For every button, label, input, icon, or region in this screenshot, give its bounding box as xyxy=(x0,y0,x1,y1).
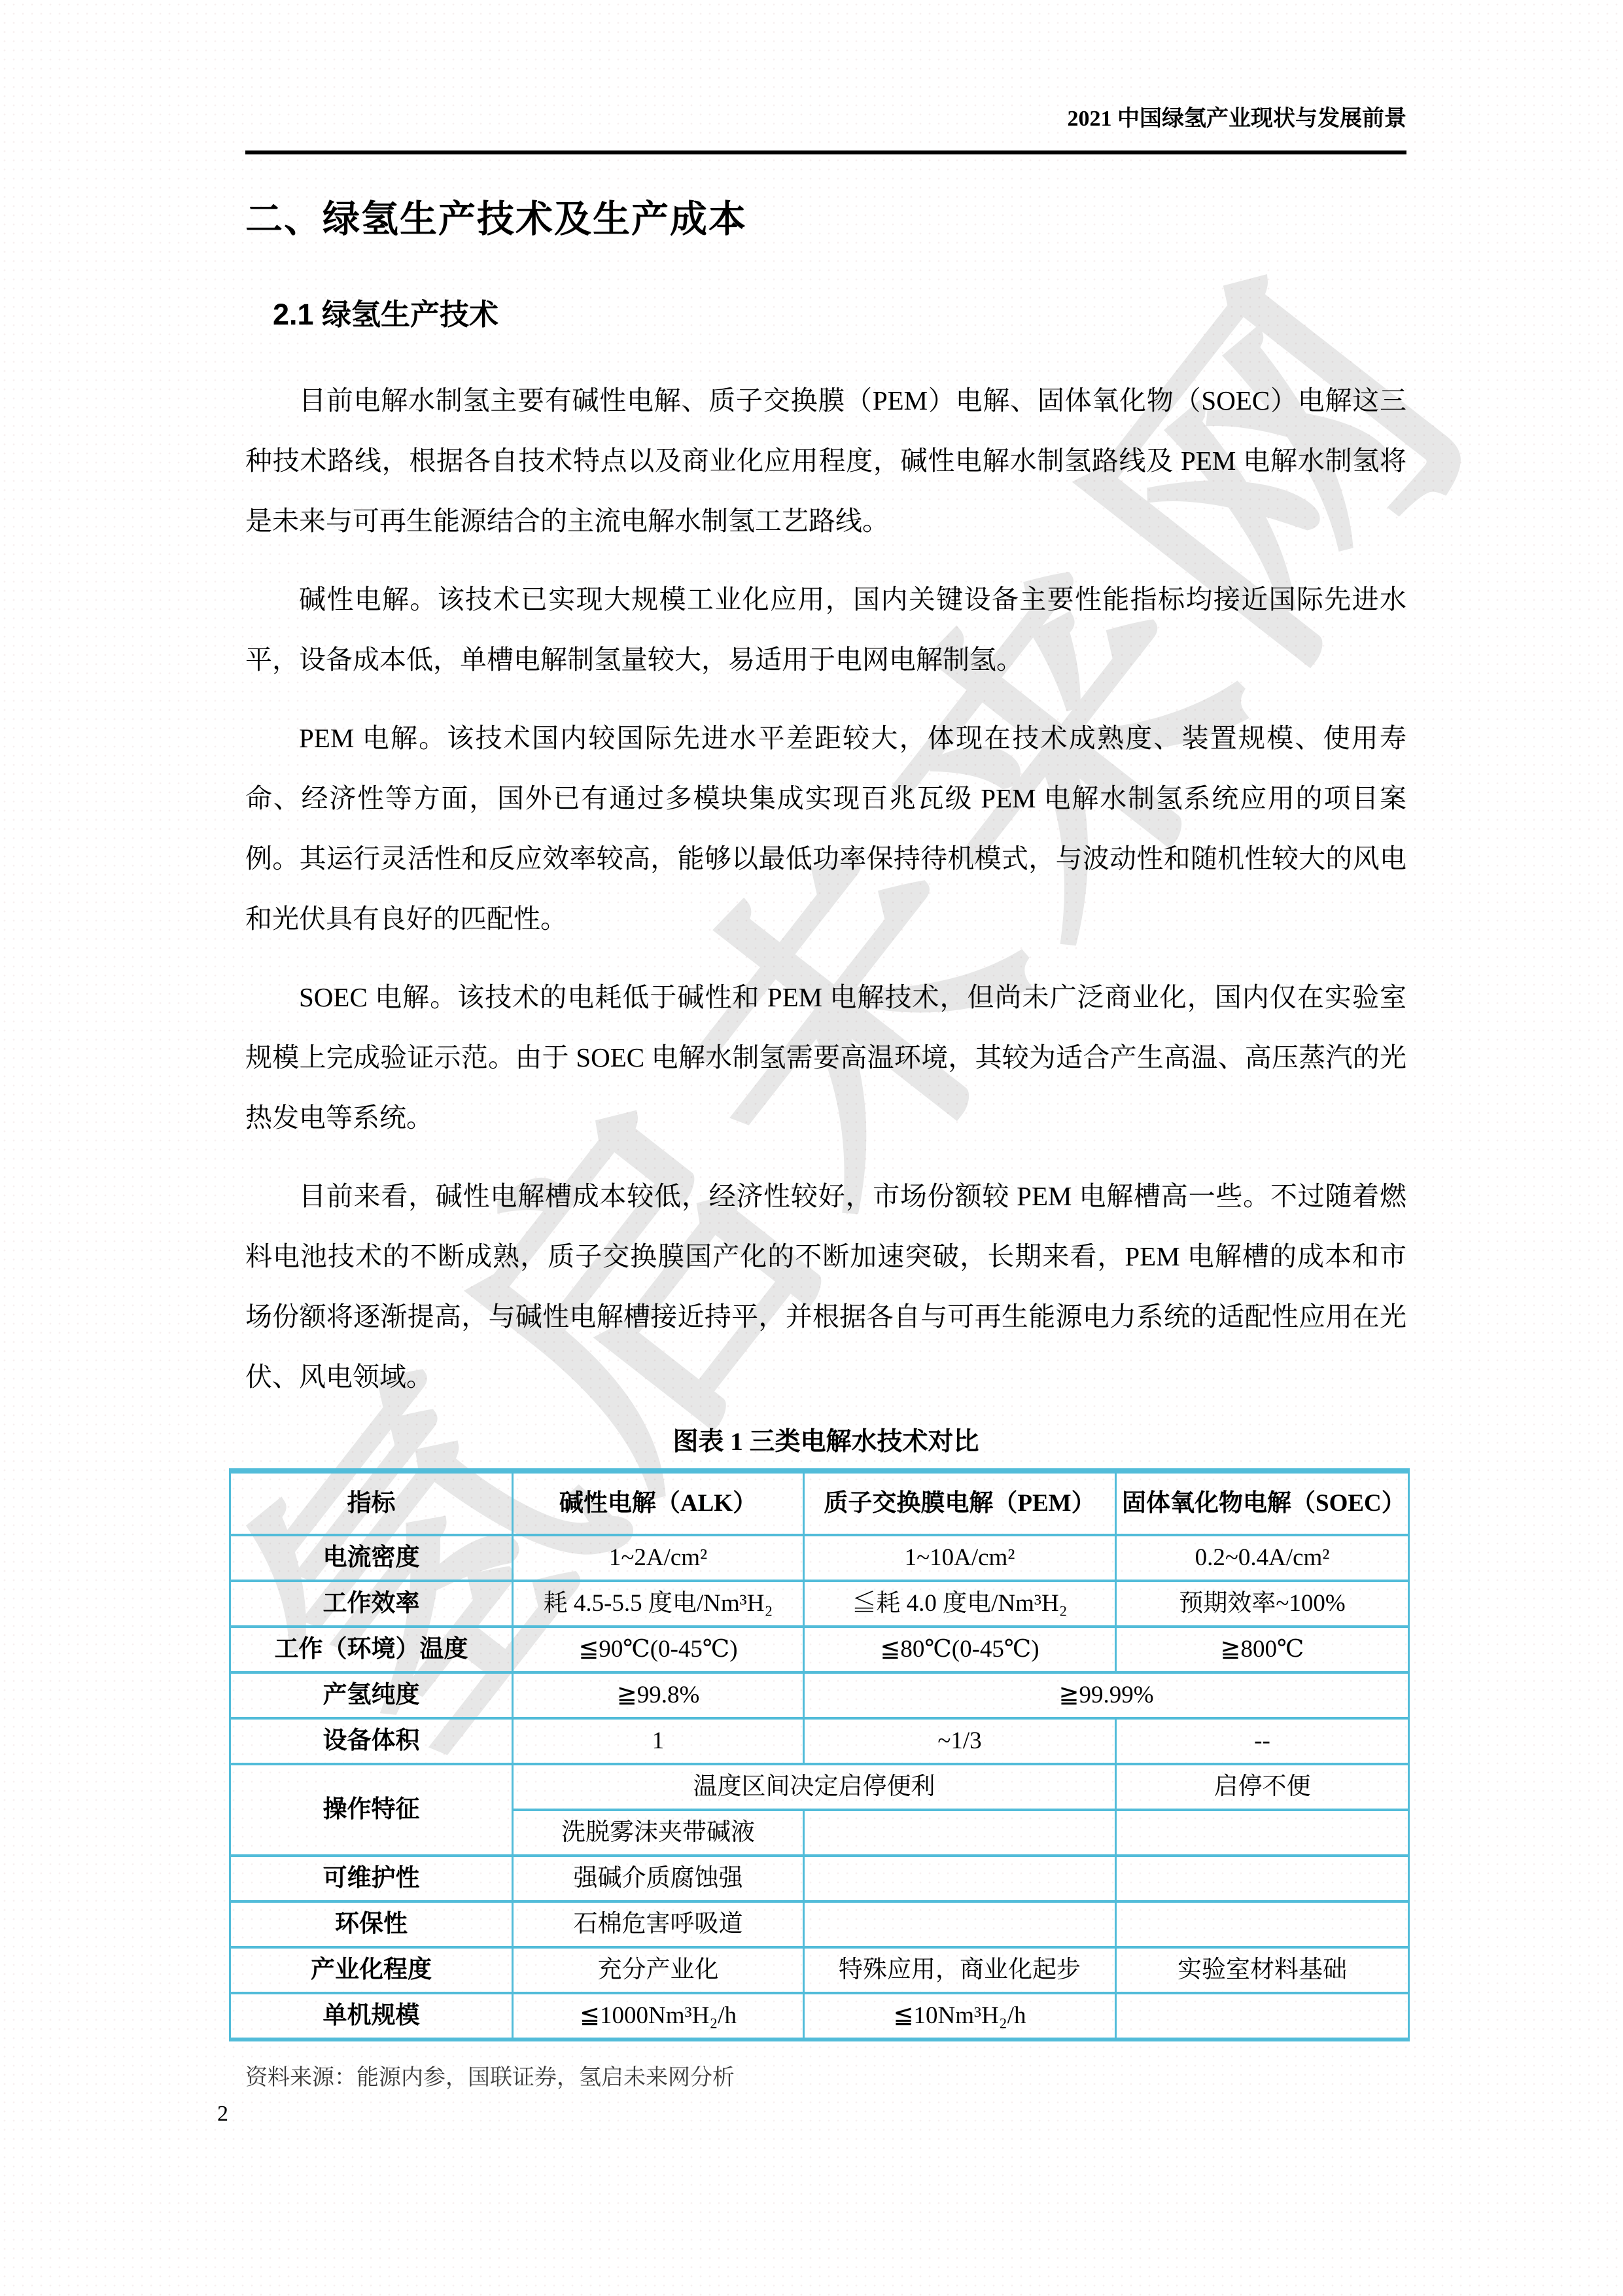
table-cell: 洗脱雾沫夹带碱液 xyxy=(513,1810,804,1856)
table-cell: ≦耗 4.0 度电/Nm³H₂ xyxy=(804,1581,1116,1627)
row-label-cell: 可维护性 xyxy=(230,1856,513,1901)
table-cell: ~1/3 xyxy=(804,1718,1116,1764)
table-cell: ≦1000Nm³H₂/h xyxy=(513,1993,804,2040)
table-row: 设备体积1~1/3-- xyxy=(230,1718,1409,1764)
row-label-cell: 工作（环境）温度 xyxy=(230,1627,513,1672)
table-cell: ≦80℃(0-45℃) xyxy=(804,1627,1116,1672)
electrolysis-comparison-table: 指标碱性电解（ALK）质子交换膜电解（PEM）固体氧化物电解（SOEC） 电流密… xyxy=(229,1468,1410,2041)
table-cell xyxy=(1116,1856,1409,1901)
document-page: 氢启未来网 2021 中国绿氢产业现状与发展前景 二、绿氢生产技术及生产成本 2… xyxy=(0,0,1623,2296)
table-caption: 图表 1 三类电解水技术对比 xyxy=(245,1424,1406,1460)
table-cell: 1~2A/cm² xyxy=(513,1535,804,1581)
table-cell: ≧99.8% xyxy=(513,1672,804,1718)
table-row: 产业化程度充分产业化特殊应用，商业化起步实验室材料基础 xyxy=(230,1947,1409,1993)
table-cell: 启停不便 xyxy=(1116,1764,1409,1810)
table-cell xyxy=(804,1901,1116,1947)
table-header-cell: 指标 xyxy=(230,1471,513,1535)
row-label-cell: 电流密度 xyxy=(230,1535,513,1581)
table-cell xyxy=(1116,1901,1409,1947)
header-rule xyxy=(245,150,1406,154)
table-row: 工作效率耗 4.5-5.5 度电/Nm³H₂≦耗 4.0 度电/Nm³H₂预期效… xyxy=(230,1581,1409,1627)
table-cell: 0.2~0.4A/cm² xyxy=(1116,1535,1409,1581)
row-label-cell: 单机规模 xyxy=(230,1993,513,2040)
row-label-cell: 产业化程度 xyxy=(230,1947,513,1993)
table-header-cell: 固体氧化物电解（SOEC） xyxy=(1116,1471,1409,1535)
paragraph-alkaline: 碱性电解。该技术已实现大规模工业化应用，国内关键设备主要性能指标均接近国际先进水… xyxy=(245,569,1406,690)
section-title: 2.1 绿氢生产技术 xyxy=(273,296,1406,334)
table-row: 工作（环境）温度≦90℃(0-45℃)≦80℃(0-45℃)≧800℃ xyxy=(230,1627,1409,1672)
row-label-cell: 设备体积 xyxy=(230,1718,513,1764)
table-body: 电流密度1~2A/cm²1~10A/cm²0.2~0.4A/cm²工作效率耗 4… xyxy=(230,1535,1409,2040)
table-cell: ≧800℃ xyxy=(1116,1627,1409,1672)
table-cell: 预期效率~100% xyxy=(1116,1581,1409,1627)
table-cell xyxy=(804,1810,1116,1856)
row-label-cell: 环保性 xyxy=(230,1901,513,1947)
table-cell: 1~10A/cm² xyxy=(804,1535,1116,1581)
table-head: 指标碱性电解（ALK）质子交换膜电解（PEM）固体氧化物电解（SOEC） xyxy=(230,1471,1409,1535)
table-row: 产氢纯度≧99.8%≧99.99% xyxy=(230,1672,1409,1718)
table-cell: -- xyxy=(1116,1718,1409,1764)
table-cell: 耗 4.5-5.5 度电/Nm³H₂ xyxy=(513,1581,804,1627)
table-cell: 石棉危害呼吸道 xyxy=(513,1901,804,1947)
table-row: 单机规模≦1000Nm³H₂/h≦10Nm³H₂/h xyxy=(230,1993,1409,2040)
table-cell: 1 xyxy=(513,1718,804,1764)
table-cell: 实验室材料基础 xyxy=(1116,1947,1409,1993)
table-header-cell: 质子交换膜电解（PEM） xyxy=(804,1471,1116,1535)
paragraph-intro: 目前电解水制氢主要有碱性电解、质子交换膜（PEM）电解、固体氧化物（SOEC）电… xyxy=(245,370,1406,551)
chapter-title: 二、绿氢生产技术及生产成本 xyxy=(245,196,1406,242)
table-cell xyxy=(1116,1810,1409,1856)
table-cell: ≧99.99% xyxy=(804,1672,1409,1718)
content-area: 二、绿氢生产技术及生产成本 2.1 绿氢生产技术 目前电解水制氢主要有碱性电解、… xyxy=(245,196,1406,2093)
table-header-row: 指标碱性电解（ALK）质子交换膜电解（PEM）固体氧化物电解（SOEC） xyxy=(230,1471,1409,1535)
table-row: 环保性石棉危害呼吸道 xyxy=(230,1901,1409,1947)
page-header: 2021 中国绿氢产业现状与发展前景 xyxy=(245,0,1406,154)
table-cell: 温度区间决定启停便利 xyxy=(513,1764,1116,1810)
table-cell xyxy=(804,1856,1116,1901)
table-row: 电流密度1~2A/cm²1~10A/cm²0.2~0.4A/cm² xyxy=(230,1535,1409,1581)
table-cell xyxy=(1116,1993,1409,2040)
table-cell: 强碱介质腐蚀强 xyxy=(513,1856,804,1901)
row-label-cell: 产氢纯度 xyxy=(230,1672,513,1718)
source-note: 资料来源：能源内参，国联证券，氢启未来网分析 xyxy=(245,2064,1406,2093)
table-cell: 充分产业化 xyxy=(513,1947,804,1993)
paragraph-soec: SOEC 电解。该技术的电耗低于碱性和 PEM 电解技术，但尚未广泛商业化，国内… xyxy=(245,967,1406,1148)
paragraph-pem: PEM 电解。该技术国内较国际先进水平差距较大，体现在技术成熟度、装置规模、使用… xyxy=(245,708,1406,949)
table-row: 操作特征温度区间决定启停便利启停不便 xyxy=(230,1764,1409,1810)
paragraph-outlook: 目前来看，碱性电解槽成本较低，经济性较好，市场份额较 PEM 电解槽高一些。不过… xyxy=(245,1166,1406,1407)
table-header-cell: 碱性电解（ALK） xyxy=(513,1471,804,1535)
table-cell: ≦90℃(0-45℃) xyxy=(513,1627,804,1672)
page-number: 2 xyxy=(217,2102,228,2127)
header-title: 2021 中国绿氢产业现状与发展前景 xyxy=(245,0,1406,131)
table-row: 可维护性强碱介质腐蚀强 xyxy=(230,1856,1409,1901)
table-cell: 特殊应用，商业化起步 xyxy=(804,1947,1116,1993)
row-label-cell: 操作特征 xyxy=(230,1764,513,1856)
row-label-cell: 工作效率 xyxy=(230,1581,513,1627)
table-cell: ≦10Nm³H₂/h xyxy=(804,1993,1116,2040)
